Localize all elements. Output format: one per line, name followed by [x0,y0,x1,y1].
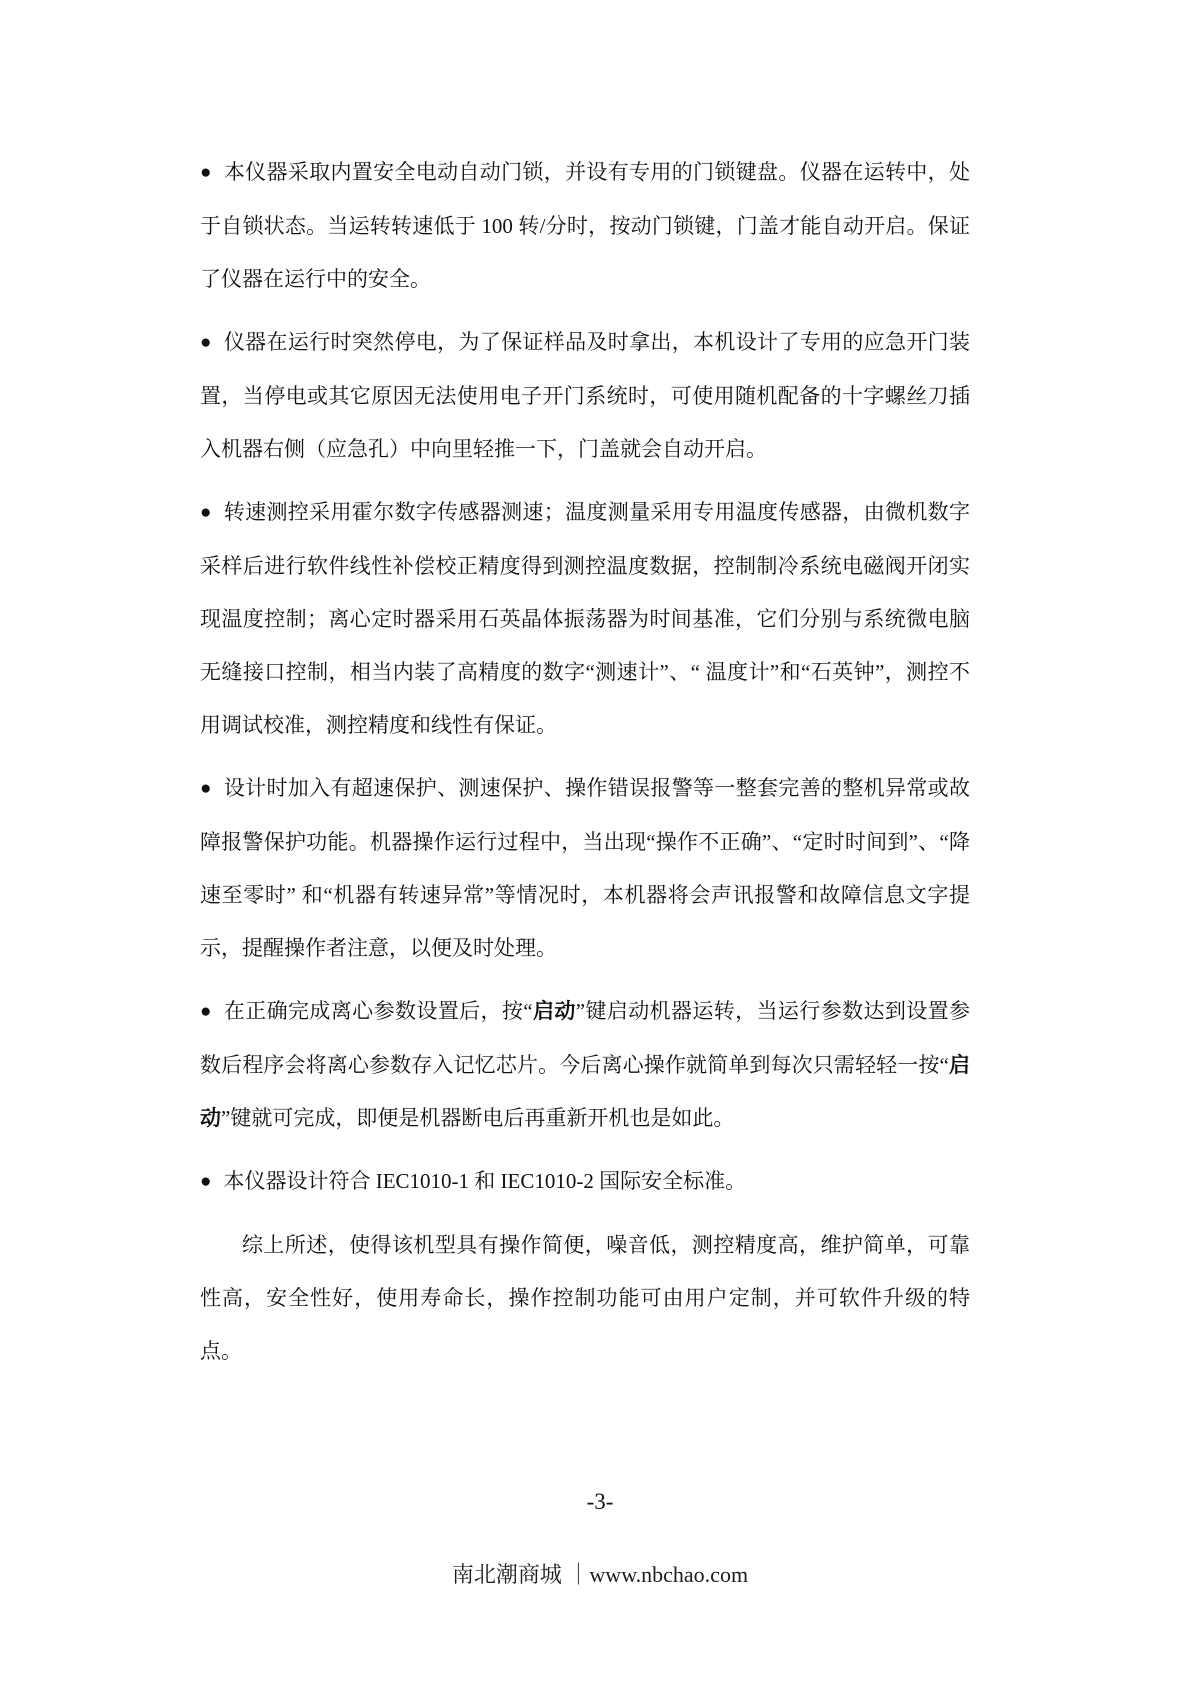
bullet-text: 仪器在运行时突然停电，为了保证样品及时拿出，本机设计了专用的应急开门装置，当停电… [200,330,970,461]
bullet-text: 设计时加入有超速保护、测速保护、操作错误报警等一整套完善的整机异常或故障报警保护… [200,776,970,960]
bullet-item-alarms: ●设计时加入有超速保护、测速保护、操作错误报警等一整套完善的整机异常或故障报警保… [200,762,970,975]
footer-brand: 南北潮商城 ｜www.nbchao.com [0,1560,1200,1590]
bullet-text-segment-bold: 启动 [533,999,576,1023]
bullet-text: 转速测控采用霍尔数字传感器测速；温度测量采用专用温度传感器，由微机数字采样后进行… [200,500,970,737]
bullet-icon: ● [200,762,211,815]
bullet-icon: ● [200,146,211,199]
bullet-icon: ● [200,985,211,1038]
document-page: ●本仪器采取内置安全电动自动门锁，并设有专用的门锁键盘。仪器在运转中，处于自锁状… [0,0,1200,1697]
bullet-icon: ● [200,486,211,539]
closing-paragraph: 综上所述，使得该机型具有操作简便，噪音低，测控精度高，维护简单，可靠性高，安全性… [200,1219,970,1378]
bullet-text: 本仪器采取内置安全电动自动门锁，并设有专用的门锁键盘。仪器在运转中，处于自锁状态… [200,160,970,291]
bullet-text: 本仪器设计符合 IEC1010-1 和 IEC1010-2 国际安全标准。 [223,1169,746,1193]
bullet-item-emergency-open: ●仪器在运行时突然停电，为了保证样品及时拿出，本机设计了专用的应急开门装置，当停… [200,316,970,476]
bullet-item-start-key: ●在正确完成离心参数设置后，按“启动”键启动机器运转，当运行参数达到设置参数后程… [200,985,970,1145]
bullet-item-sensors: ●转速测控采用霍尔数字传感器测速；温度测量采用专用温度传感器，由微机数字采样后进… [200,486,970,752]
closing-text: 综上所述，使得该机型具有操作简便，噪音低，测控精度高，维护简单，可靠性高，安全性… [200,1233,970,1363]
bullet-text-segment: ”键就可完成，即便是机器断电后再重新开机也是如此。 [221,1106,734,1130]
bullet-text-segment: 在正确完成离心参数设置后，按“ [223,999,532,1023]
page-number: -3- [0,1487,1200,1517]
bullet-item-door-lock: ●本仪器采取内置安全电动自动门锁，并设有专用的门锁键盘。仪器在运转中，处于自锁状… [200,146,970,306]
bullet-icon: ● [200,316,211,369]
bullet-icon: ● [200,1155,211,1208]
bullet-item-iec-standard: ●本仪器设计符合 IEC1010-1 和 IEC1010-2 国际安全标准。 [200,1155,970,1209]
document-body: ●本仪器采取内置安全电动自动门锁，并设有专用的门锁键盘。仪器在运转中，处于自锁状… [200,146,970,1388]
